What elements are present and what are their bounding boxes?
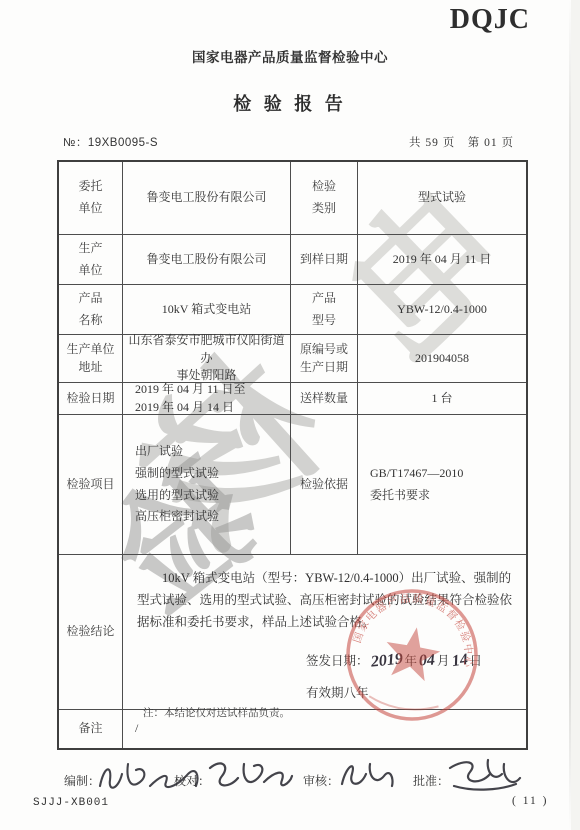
reviewed-by-signature: [336, 754, 400, 796]
table-value-test-date: 2019 年 04 月 11 日至 2019 年 04 月 14 日: [123, 383, 291, 415]
table-label-test-category: 检验 类别: [291, 162, 358, 235]
table-label-client: 委托 单位: [59, 162, 123, 235]
table-label-remark: 备注: [59, 710, 123, 748]
table-value-original-number: 201904058: [358, 335, 526, 383]
table-value-test-basis: GB/T17467—2010 委托书要求: [358, 415, 526, 555]
table-value-manufacturer: 鲁变电工股份有限公司: [123, 235, 291, 285]
proofread-by-signature: [204, 754, 294, 798]
report-number-label: №：: [63, 137, 88, 149]
report-number: №：19XB0095-S: [63, 134, 158, 150]
table-label-product-model: 产品 型号: [291, 285, 358, 335]
table-value-manufacturer-address: 山东省泰安市肥城市仪阳街道办 事处朝阳路: [123, 335, 291, 383]
table-value-product-name: 10kV 箱式变电站: [123, 285, 291, 335]
reviewed-by-label: 审核：: [303, 772, 339, 789]
table-label-test-items: 检验项目: [59, 415, 123, 555]
scan-edge-line: [569, 0, 571, 830]
org-name: 国家电器产品质量监督检验中心: [0, 46, 580, 66]
table-label-sample-quantity: 送样数量: [291, 383, 358, 415]
table-label-product-name: 产品 名称: [59, 285, 123, 335]
meta-row: №：19XB0095-S 共 59 页 第 01 页: [63, 134, 514, 150]
form-code: SJJJ-XB001: [33, 797, 109, 809]
dqjc-logo: DQJC: [450, 4, 530, 36]
table-label-original-number: 原编号或 生产日期: [291, 335, 358, 383]
report-number-value: 19XB0095-S: [88, 137, 158, 149]
page-title: 检 验 报 告: [0, 90, 580, 116]
red-seal-stamp: 国家电器产品质量监督检验中心: [324, 563, 500, 747]
table-value-sample-arrival-date: 2019 年 04 月 11 日: [358, 235, 526, 285]
seal-star-icon: [381, 623, 444, 683]
table-label-conclusion: 检验结论: [59, 555, 123, 710]
approved-by-signature: [444, 752, 524, 798]
prepared-by-label: 编制：: [64, 772, 100, 789]
scan-edge-shade: [571, 0, 580, 830]
page-count: 共 59 页 第 01 页: [409, 134, 514, 150]
table-label-sample-arrival-date: 到样日期: [291, 235, 358, 285]
table-label-manufacturer-address: 生产单位 地址: [59, 335, 123, 383]
table-value-sample-quantity: 1 台: [358, 383, 526, 415]
table-label-test-basis: 检验依据: [291, 415, 358, 555]
table-value-test-category: 型式试验: [358, 162, 526, 235]
report-page: 电 核 验 DQJC 国家电器产品质量监督检验中心 检 验 报 告 №：19XB…: [0, 0, 580, 830]
table-label-manufacturer: 生产 单位: [59, 235, 123, 285]
table-value-product-model: YBW-12/0.4-1000: [358, 285, 526, 335]
table-value-test-items: 出厂试验 强制的型式试验 选用的型式试验 高压柜密封试验: [123, 415, 291, 555]
table-label-test-date: 检验日期: [59, 383, 123, 415]
table-value-client: 鲁变电工股份有限公司: [123, 162, 291, 235]
